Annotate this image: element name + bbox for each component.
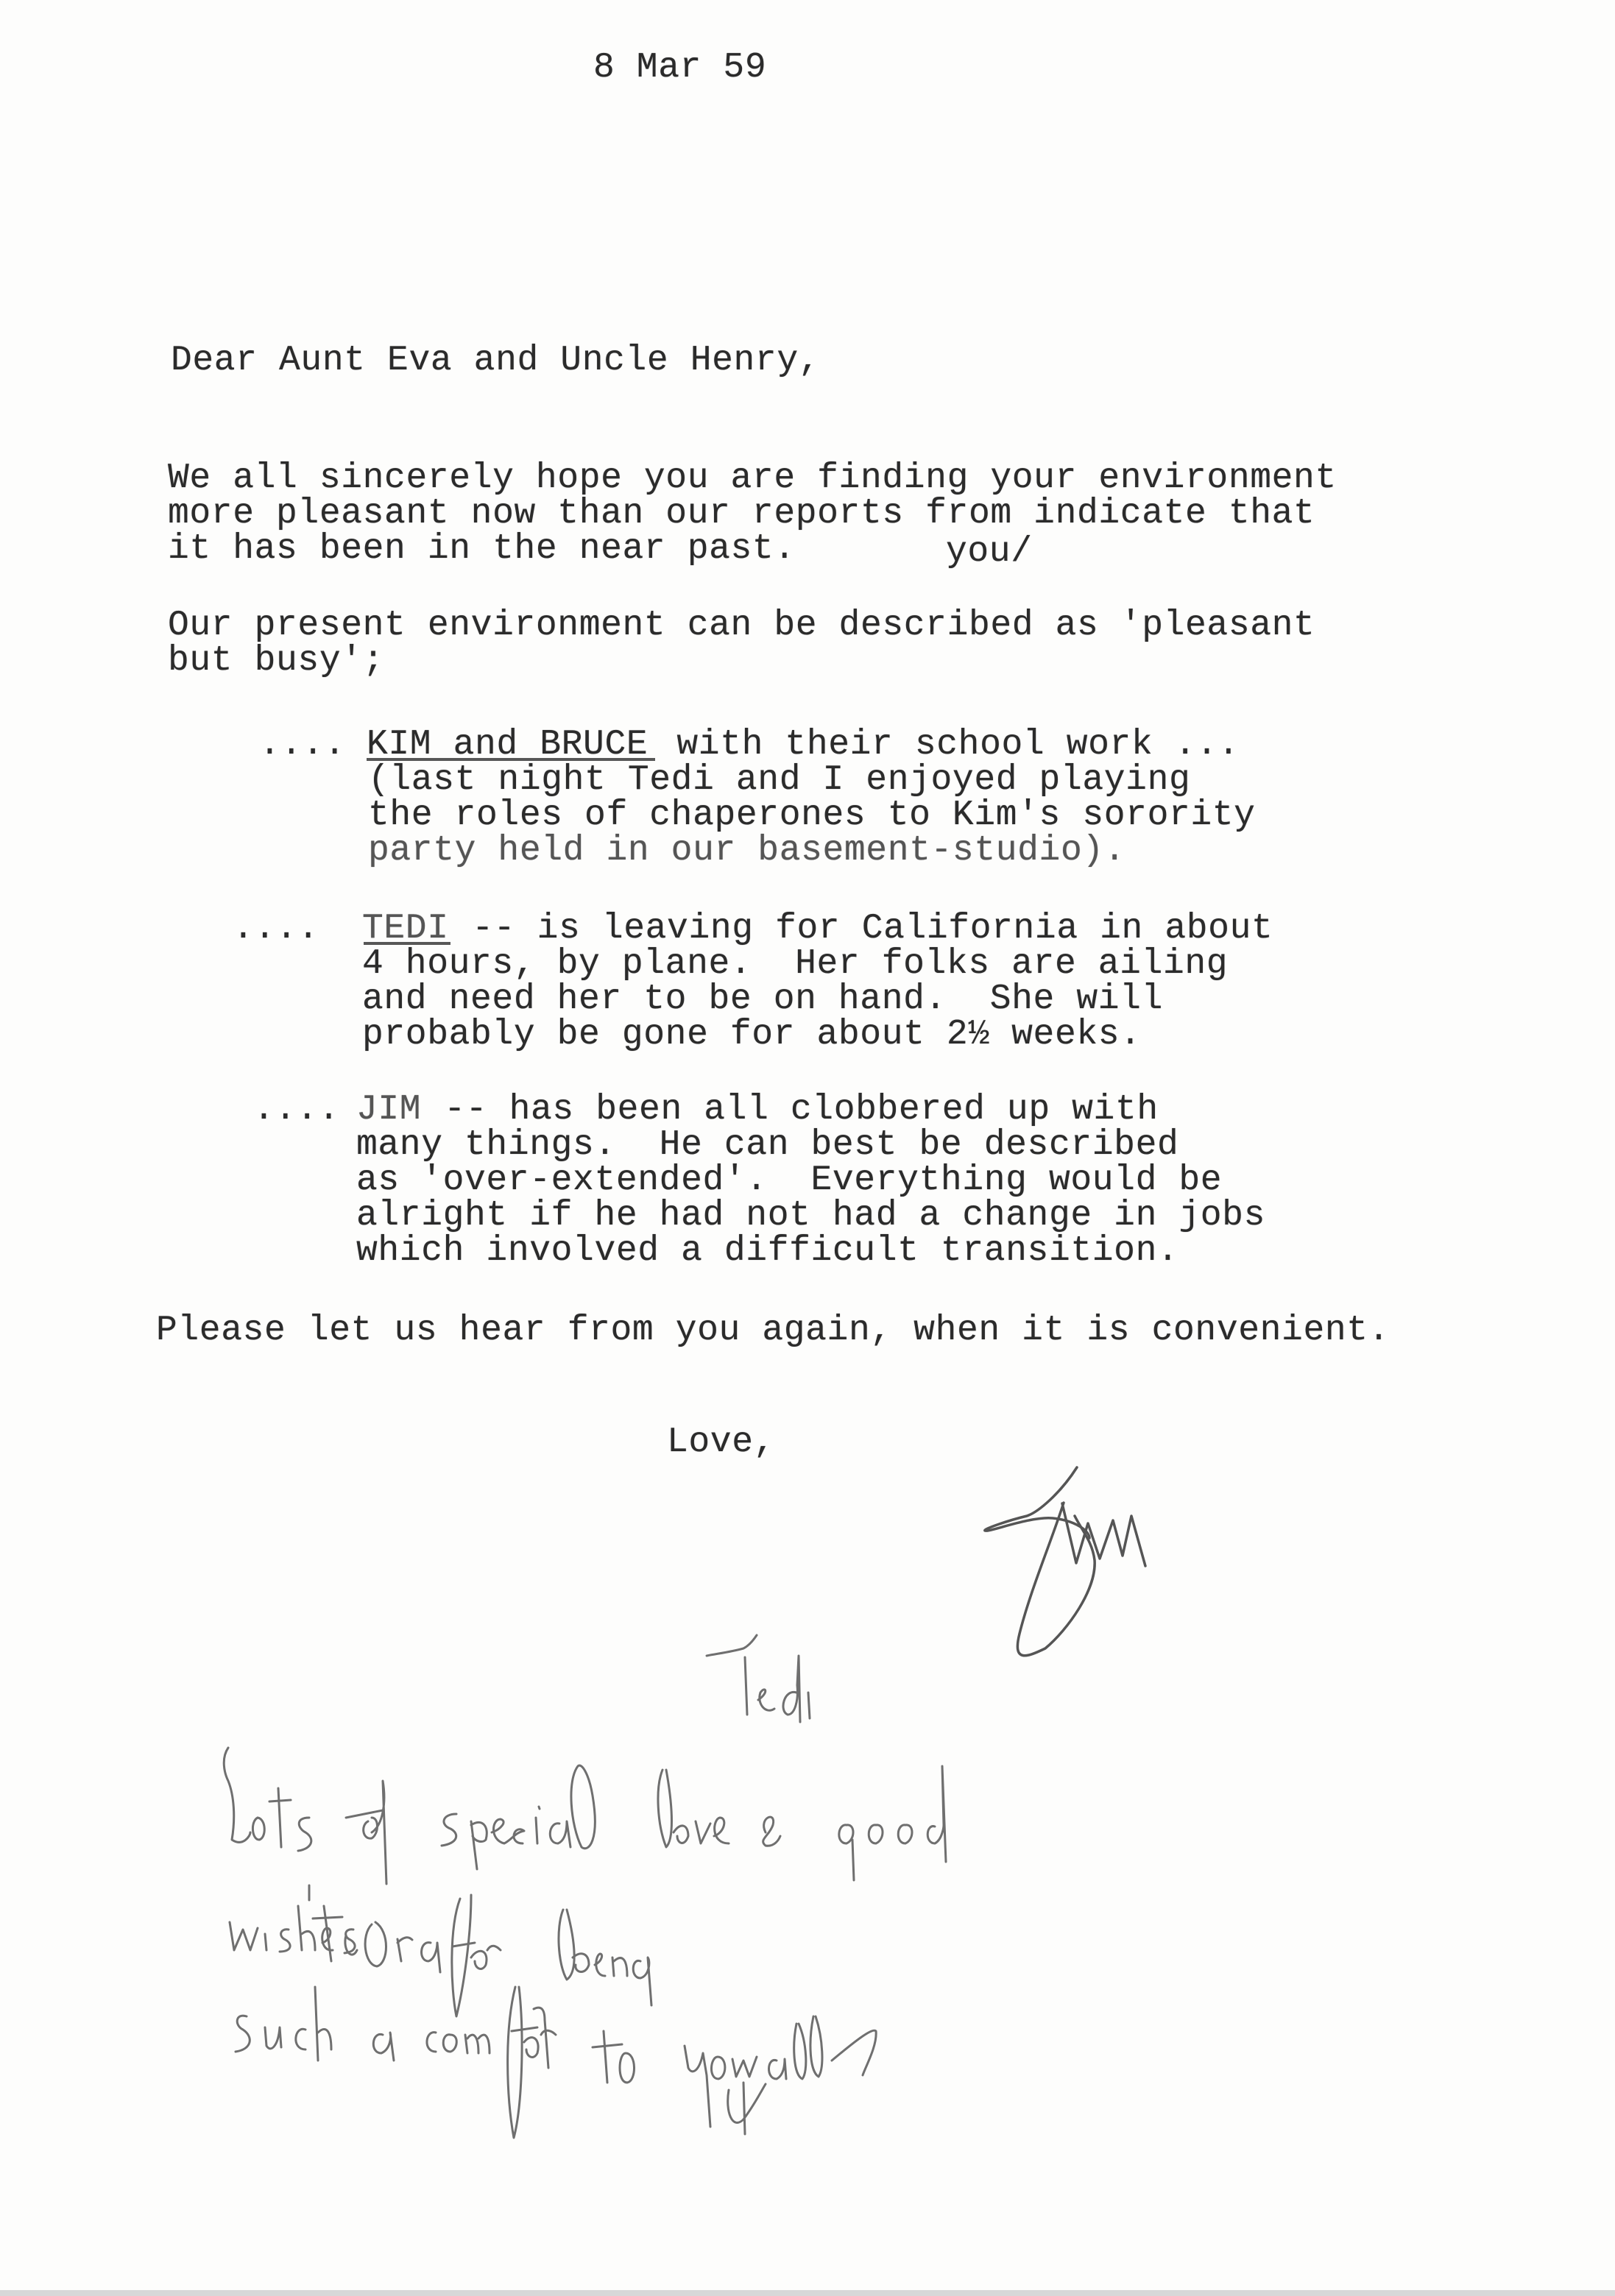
handwriting-layer [0,0,1615,2296]
signature-jim [985,1467,1145,1656]
letter-page: 8 Mar 59 Dear Aunt Eva and Uncle Henry, … [0,0,1615,2296]
handwritten-line-1 [224,1748,946,1884]
page-bottom-edge [0,2290,1615,2296]
handwritten-line-2 [230,1885,651,2016]
handwritten-author-tedi [707,1635,810,1722]
handwritten-line-3 [236,1987,876,2138]
